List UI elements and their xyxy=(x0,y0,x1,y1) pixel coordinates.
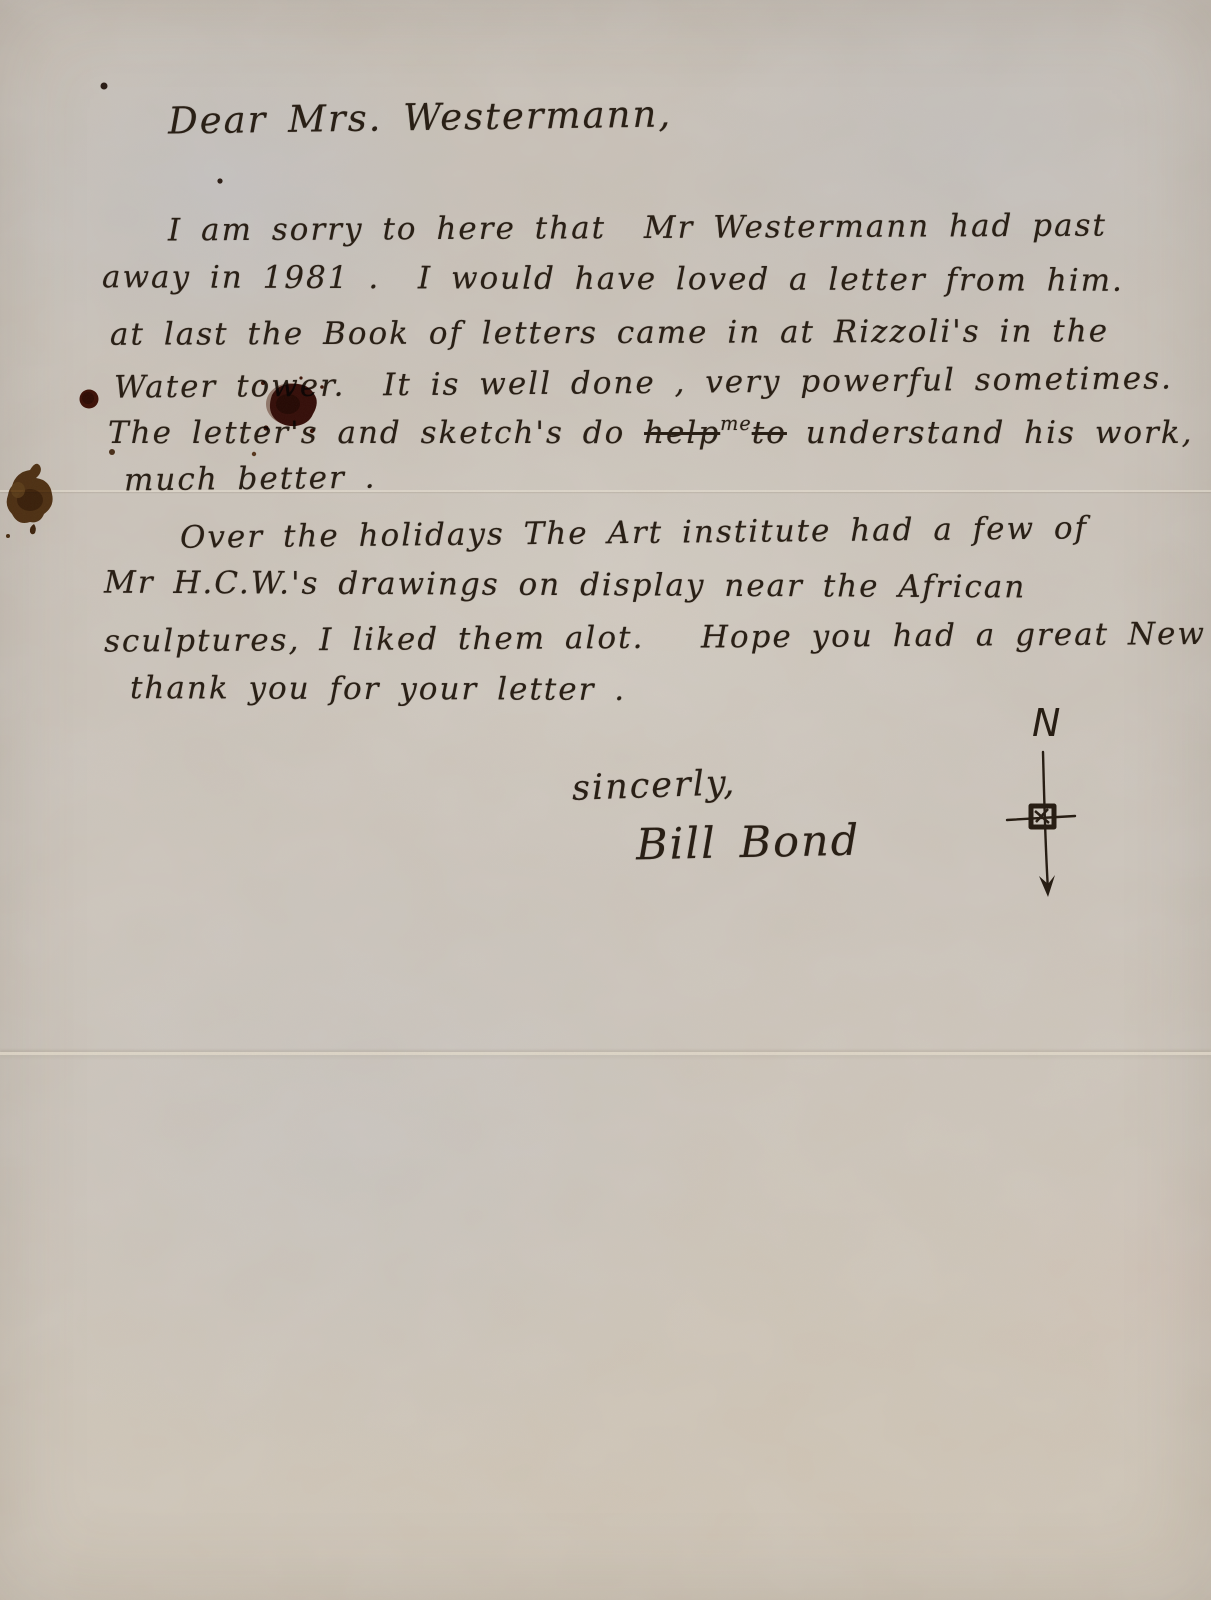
letter-line-6: much better . xyxy=(124,460,377,499)
letter-line-10: thank you for your letter . xyxy=(130,670,626,708)
letter-line-9: sculptures, I liked them alot. Hope you … xyxy=(104,614,1211,659)
signature: Bill Bond xyxy=(636,816,861,871)
line5-text-start: The letter's and sketch's do xyxy=(108,415,644,451)
letter-line-7: Over the holidays The Art institute had … xyxy=(180,510,1088,556)
ink-blot-round xyxy=(80,390,99,409)
letter-line-5: The letter's and sketch's do helpmeto un… xyxy=(108,415,1193,451)
north-arrow-drawing: N xyxy=(998,690,1108,915)
fold-crease-lower xyxy=(0,1052,1211,1055)
line5-struck-word-help: help xyxy=(644,415,720,451)
compass-n-label: N xyxy=(1032,701,1060,745)
ink-speck xyxy=(252,452,256,456)
letter-line-8: Mr H.C.W.'s drawings on display near the… xyxy=(104,565,1026,606)
letter-line-1: I am sorry to here that Mr Westermann ha… xyxy=(168,208,1107,249)
line5-struck-word-to: to xyxy=(752,415,787,451)
ink-speck xyxy=(217,178,222,183)
letter-line-3: at last the Book of letters came in at R… xyxy=(110,313,1109,352)
letter-line-2: away in 1981 . I would have loved a lett… xyxy=(102,259,1124,299)
letter-page: Dear Mrs. Westermann, I am sorry to here… xyxy=(0,0,1211,1600)
letter-line-4: Water tower. It is well done , very powe… xyxy=(114,360,1173,405)
salutation: Dear Mrs. Westermann, xyxy=(168,92,673,142)
line5-text-end: understand his work, xyxy=(787,415,1194,451)
closing: sincerly, xyxy=(571,763,736,809)
ink-blot-left-edge xyxy=(6,464,53,538)
line5-inserted-word-me: me xyxy=(720,412,752,435)
ink-speck xyxy=(101,83,108,90)
